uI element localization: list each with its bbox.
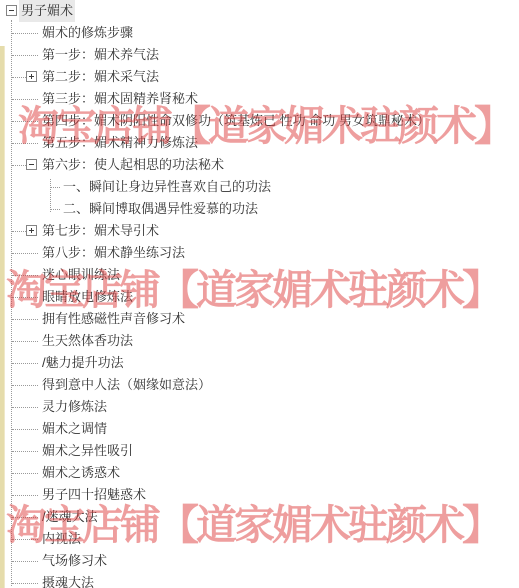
tree-item-label[interactable]: 一、瞬间让身边异性喜欢自己的功法: [63, 176, 271, 198]
tree-item-label[interactable]: 迷心眼训练法: [42, 264, 120, 286]
tree-item-label[interactable]: 第二步：媚术采气法: [42, 66, 159, 88]
tree-item-label[interactable]: /魅力提升功法: [42, 352, 124, 374]
tree-row[interactable]: 生天然体香功法: [0, 330, 519, 352]
tree-item-label[interactable]: 气场修习术: [42, 550, 107, 572]
tree-row[interactable]: 男子四十招魅惑术: [0, 484, 519, 506]
tree-row[interactable]: /魅力提升功法: [0, 352, 519, 374]
tree-item-label[interactable]: 第一步：媚术养气法: [42, 44, 159, 66]
tree-item-label[interactable]: 第六步：使人起相思的功法秘术: [42, 154, 224, 176]
tree-row[interactable]: 第八步：媚术静坐练习法: [0, 242, 519, 264]
tree-item-label[interactable]: 第五步：媚术精神力修炼法: [42, 132, 198, 154]
tree-row[interactable]: 男子媚术: [0, 0, 519, 22]
tree-item-label[interactable]: 男子媚术: [19, 0, 75, 22]
tree-item-label[interactable]: 二、瞬间博取偶遇异性爱慕的功法: [63, 198, 258, 220]
tree-row[interactable]: 媚术之异性吸引: [0, 440, 519, 462]
tree-row[interactable]: 一、瞬间让身边异性喜欢自己的功法: [0, 176, 519, 198]
tree-row[interactable]: 气场修习术: [0, 550, 519, 572]
tree-row[interactable]: 第四步：媚术阴阳性命双修功（筑基炼已 性功 命功 男女筑鼎秘术）: [0, 110, 519, 132]
tree-item-label[interactable]: 媚术的修炼步骤: [42, 22, 133, 44]
tree-row[interactable]: 媚术的修炼步骤: [0, 22, 519, 44]
tree-item-label[interactable]: /迷魂大法: [42, 506, 98, 528]
tree-row[interactable]: 二、瞬间博取偶遇异性爱慕的功法: [0, 198, 519, 220]
tree-item-label[interactable]: 灵力修炼法: [42, 396, 107, 418]
toc-tree: 男子媚术 媚术的修炼步骤 第一步：媚术养气法 第二步：媚术采气法 第三步：媚术固…: [0, 0, 519, 588]
tree-row[interactable]: 摄魂大法: [0, 572, 519, 588]
tree-item-label[interactable]: 第四步：媚术阴阳性命双修功（筑基炼已 性功 命功 男女筑鼎秘术）: [42, 110, 430, 132]
tree-row[interactable]: 第五步：媚术精神力修炼法: [0, 132, 519, 154]
tree-row[interactable]: 第六步：使人起相思的功法秘术: [0, 154, 519, 176]
tree-row[interactable]: /迷魂大法: [0, 506, 519, 528]
tree-row[interactable]: 第二步：媚术采气法: [0, 66, 519, 88]
tree-row[interactable]: 第七步：媚术导引术: [0, 220, 519, 242]
expand-plus-icon[interactable]: [26, 225, 37, 236]
expand-plus-icon[interactable]: [26, 71, 37, 82]
tree-item-label[interactable]: 内视法: [42, 528, 81, 550]
tree-row[interactable]: 内视法: [0, 528, 519, 550]
collapse-minus-icon[interactable]: [26, 159, 37, 170]
tree-row[interactable]: 第一步：媚术养气法: [0, 44, 519, 66]
tree-item-label[interactable]: 媚术之调情: [42, 418, 107, 440]
tree-item-label[interactable]: 媚术之异性吸引: [42, 440, 133, 462]
tree-item-label[interactable]: 男子四十招魅惑术: [42, 484, 146, 506]
tree-row[interactable]: 灵力修炼法: [0, 396, 519, 418]
tree-item-label[interactable]: 拥有性感磁性声音修习术: [42, 308, 185, 330]
tree-row[interactable]: 拥有性感磁性声音修习术: [0, 308, 519, 330]
tree-item-label[interactable]: 摄魂大法: [42, 572, 94, 588]
tree-row[interactable]: 媚术之诱惑术: [0, 462, 519, 484]
tree-item-label[interactable]: 眼睛放电修炼法: [42, 286, 133, 308]
tree-row[interactable]: 媚术之调情: [0, 418, 519, 440]
tree-row[interactable]: 迷心眼训练法: [0, 264, 519, 286]
tree-item-label[interactable]: 第三步：媚术固精养肾秘术: [42, 88, 198, 110]
tree-row[interactable]: 得到意中人法（姻缘如意法）: [0, 374, 519, 396]
tree-row[interactable]: 第三步：媚术固精养肾秘术: [0, 88, 519, 110]
tree-item-label[interactable]: 第八步：媚术静坐练习法: [42, 242, 185, 264]
tree-row[interactable]: 眼睛放电修炼法: [0, 286, 519, 308]
tree-item-label[interactable]: 第七步：媚术导引术: [42, 220, 159, 242]
tree-item-label[interactable]: 媚术之诱惑术: [42, 462, 120, 484]
tree-item-label[interactable]: 生天然体香功法: [42, 330, 133, 352]
tree-item-label[interactable]: 得到意中人法（姻缘如意法）: [42, 374, 211, 396]
collapse-minus-icon[interactable]: [6, 5, 17, 16]
